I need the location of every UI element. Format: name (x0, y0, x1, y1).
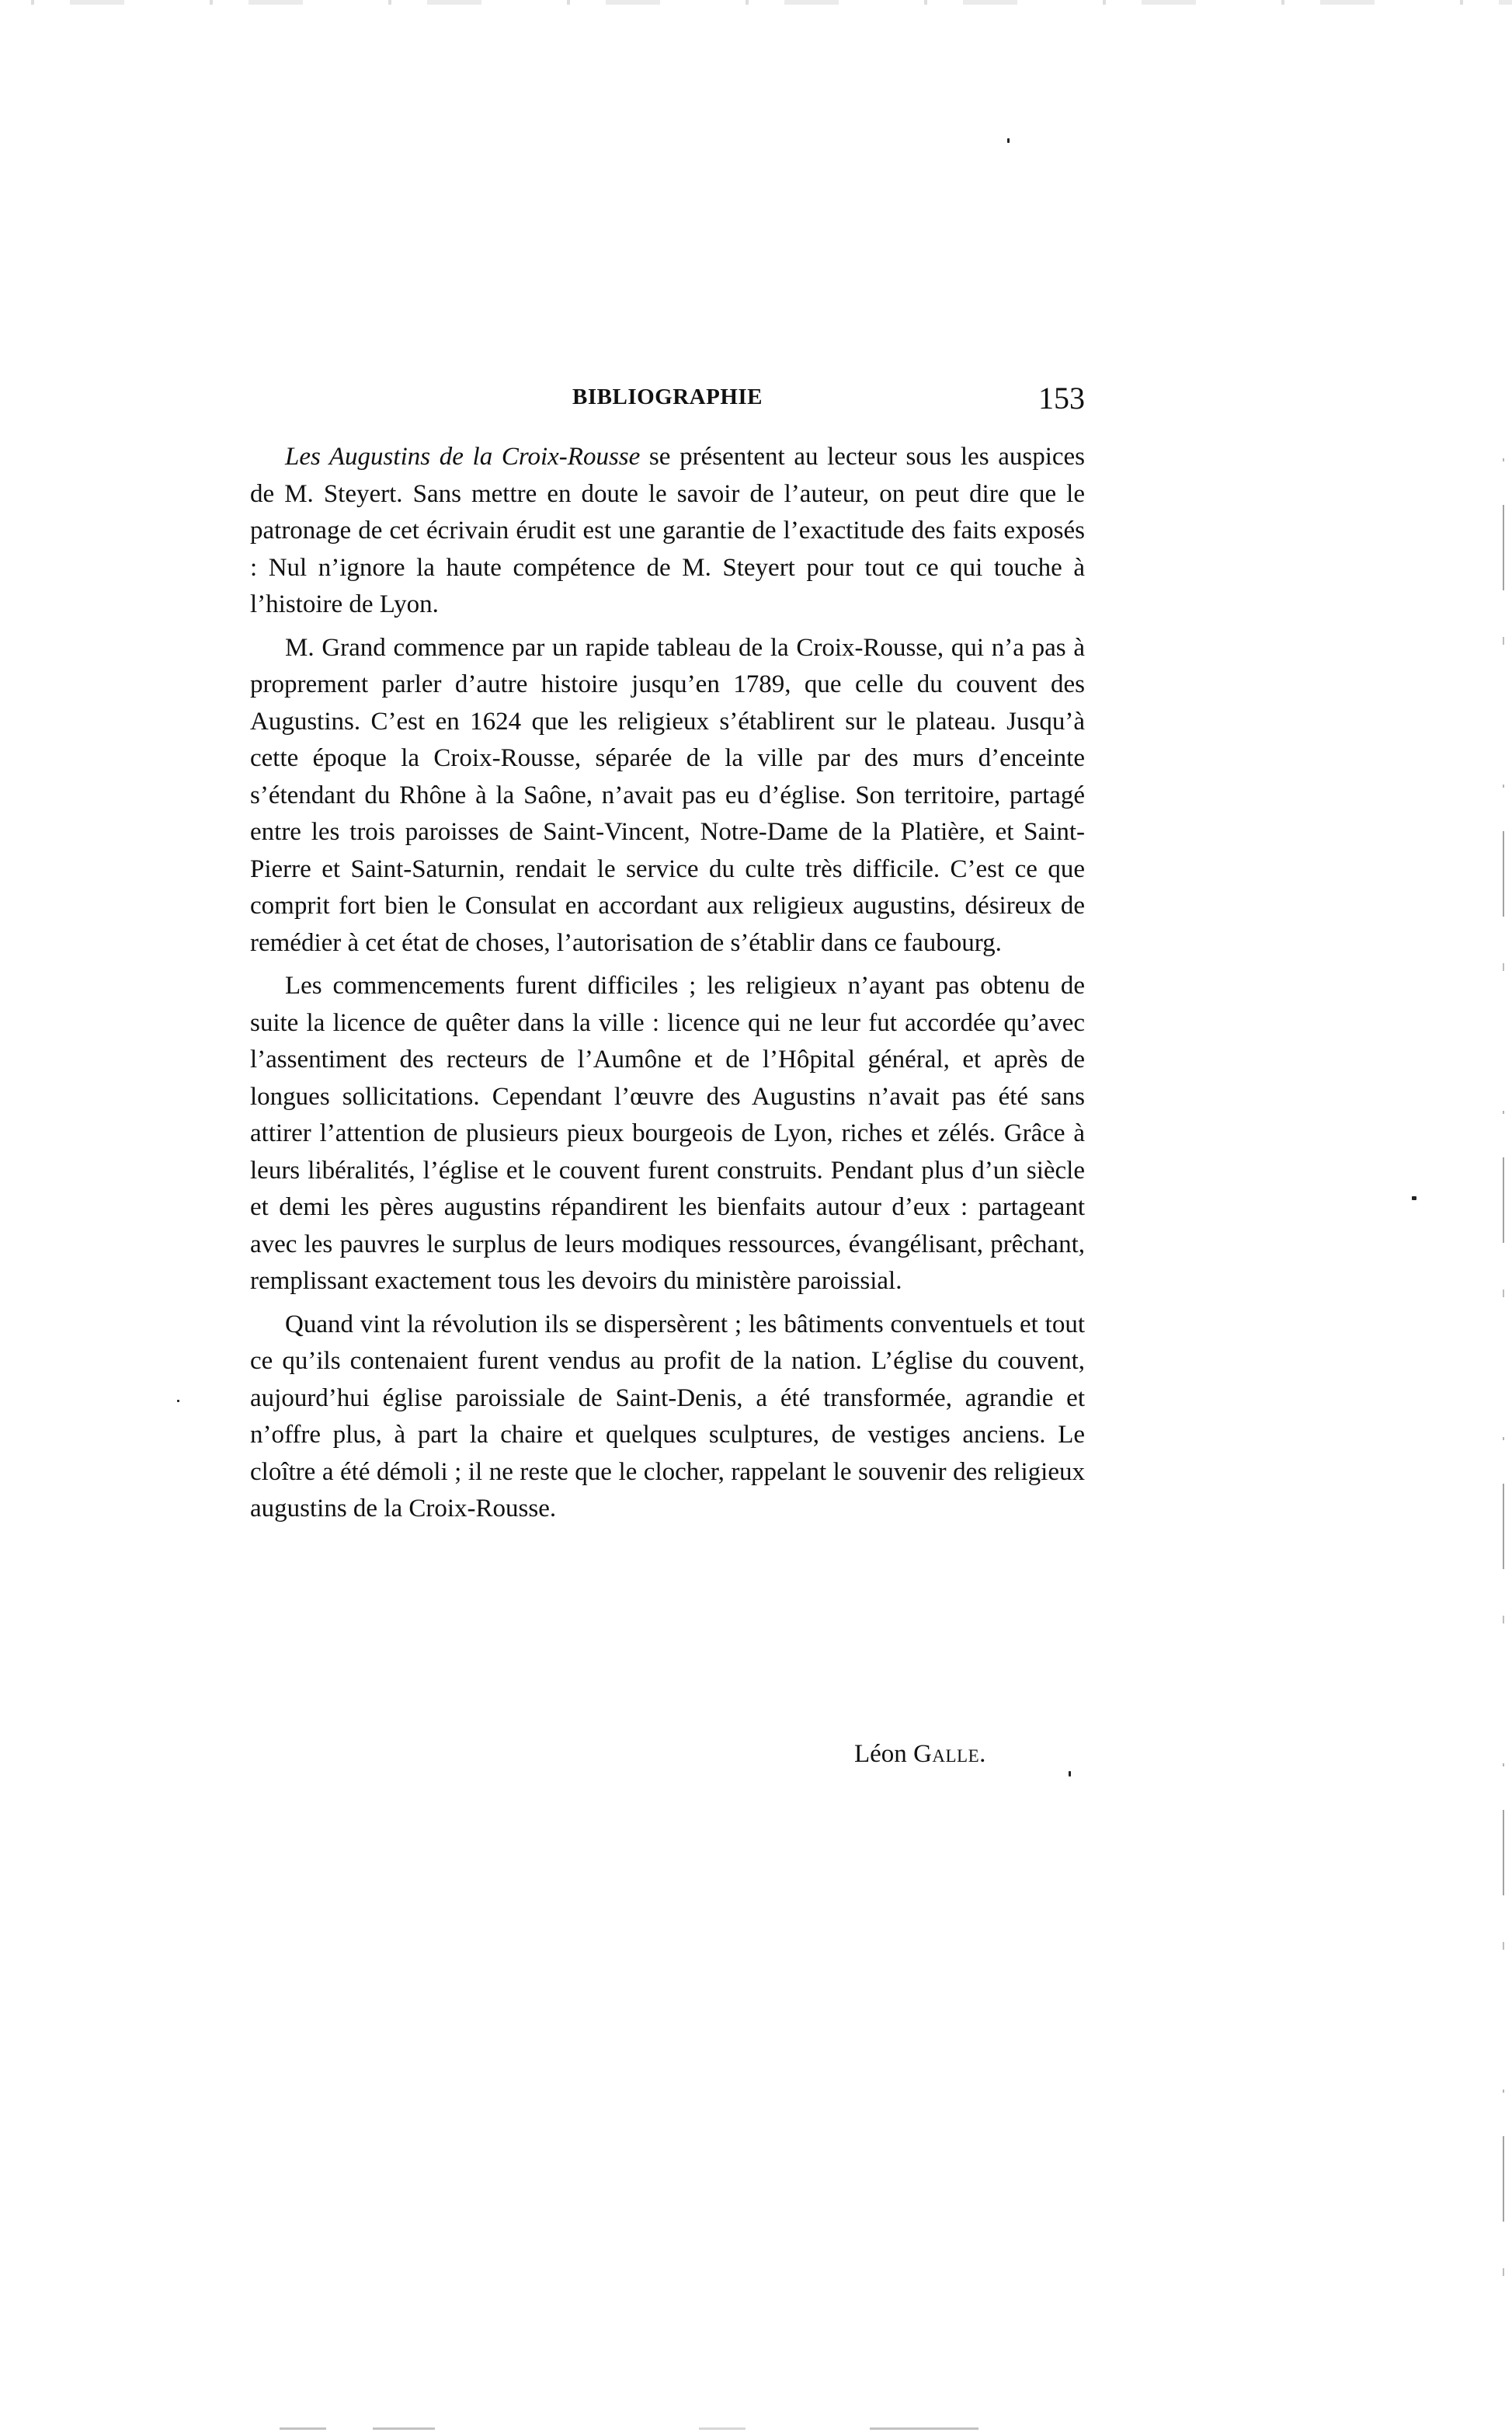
running-head: BIBLIOGRAPHIE 153 (250, 383, 1085, 414)
paragraph-3: Les commencements furent difficiles ; le… (250, 968, 1085, 1300)
scan-speck (1069, 1771, 1071, 1777)
paragraph-4: Quand vint la révolution ils se dispersè… (250, 1307, 1085, 1528)
paragraph-text: M. Grand commence par un rapide tableau … (250, 634, 1085, 957)
paragraph-2: M. Grand commence par un rapide tableau … (250, 630, 1085, 962)
page-number: 153 (1038, 380, 1085, 416)
review-body: Les Augustins de la Croix-Rousse se prés… (250, 439, 1085, 1528)
author-last-name: Galle. (913, 1740, 986, 1768)
paragraph-text: Les commencements furent difficiles ; le… (250, 972, 1085, 1295)
paragraph-1: Les Augustins de la Croix-Rousse se prés… (250, 439, 1085, 624)
scan-speck (1007, 138, 1010, 143)
scan-edge-right (1503, 435, 1504, 2377)
book-title: Les Augustins de la Croix-Rousse (285, 443, 640, 471)
paragraph-text: Quand vint la révolution ils se dispersè… (250, 1310, 1085, 1523)
scan-edge-bottom (0, 2427, 1512, 2430)
scan-speck (1412, 1196, 1416, 1200)
author-signature: Léon Galle. (854, 1740, 986, 1769)
scan-speck (177, 1400, 179, 1402)
scan-edge-top (0, 0, 1512, 5)
section-title: BIBLIOGRAPHIE (250, 385, 1085, 410)
author-first-name: Léon (854, 1740, 907, 1768)
scanned-page: BIBLIOGRAPHIE 153 Les Augustins de la Cr… (0, 0, 1512, 2436)
